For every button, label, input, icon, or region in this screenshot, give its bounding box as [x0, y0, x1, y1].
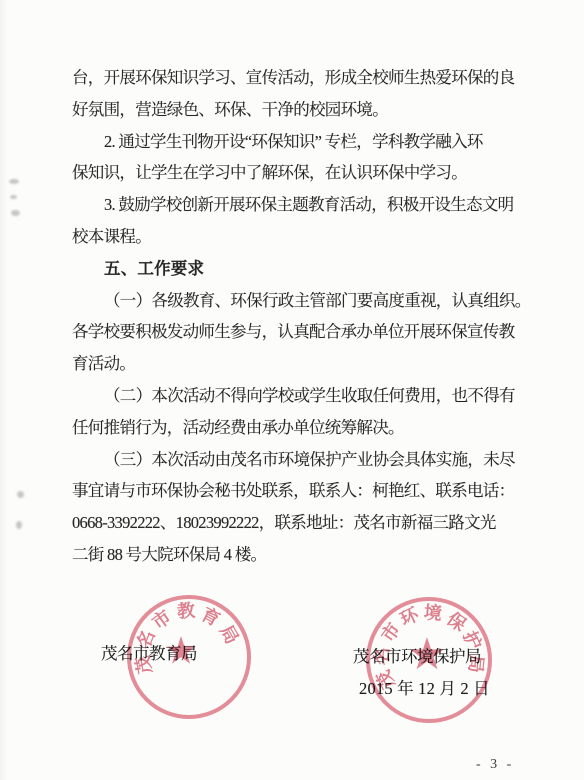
seal-arc-character: 市: [146, 603, 176, 635]
signature-education-bureau: 茂名市教育局: [101, 640, 197, 664]
scan-artifact: [10, 195, 17, 199]
body-text-line: 0668-3392222、18023992222，联系地址：茂名市新福三路文光: [72, 509, 534, 541]
body-text-line: （一）各级教育、环保行政主管部门要高度重视，认真组织。: [72, 287, 534, 319]
seal-arc-character: 境: [423, 598, 443, 625]
body-text-line: 3. 鼓励学校创新开展环保主题教育活动，积极开设生态文明: [72, 191, 534, 223]
body-text-line: 校本课程。: [72, 223, 534, 255]
seal-arc-character: 局: [214, 619, 246, 648]
body-text-line: 各学校要积极发动师生参与，认真配合承办单位开展环保宣传教: [72, 318, 534, 350]
body-text-line: 二街 88 号大院环保局 4 楼。: [72, 541, 534, 573]
scan-artifact: [11, 210, 20, 216]
seal-arc-character: 教: [176, 597, 196, 624]
body-text-line: 育活动。: [72, 350, 534, 382]
scan-artifact: [9, 179, 19, 184]
seal-arc-character: 环: [395, 601, 422, 632]
body-text-line: 台，开展环保知识学习、宣传活动，形成全校师生热爱环保的良: [72, 64, 534, 96]
page-number: - 3 -: [476, 757, 514, 773]
body-text-line: 2. 通过学生刊物开设“环保知识” 专栏，学科教学融入环: [72, 128, 534, 160]
body-text-line: 任何推销行为，活动经费由承办单位统筹解决。: [72, 414, 534, 446]
body-text-line: 五、工作要求: [72, 255, 534, 287]
body-text-line: （二）本次活动不得向学校或学生收取任何费用，也不得有: [72, 382, 534, 414]
scan-artifact: [16, 521, 22, 529]
scan-artifact: [17, 491, 24, 498]
signature-environmental-bureau: 茂名市环境保护局: [353, 643, 481, 667]
seal-arc-character: 保: [442, 605, 472, 637]
scanned-document-page: 台，开展环保知识学习、宣传活动，形成全校师生热爱环保的良好氛围，营造绿色、环保、…: [0, 0, 584, 780]
signature-date: 2015 年 12 月 2 日: [359, 675, 490, 699]
body-text-line: 保知识，让学生在学习中了解环保，在认识环保中学习。: [72, 159, 534, 191]
body-text-line: （三）本次活动由茂名市环境保护产业协会具体实施，未尽: [72, 446, 534, 478]
body-text-line: 好氛围，营造绿色、环保、干净的校园环境。: [72, 96, 534, 128]
body-text-line: 事宜请与市环保协会秘书处联系，联系人：柯艳红、联系电话：: [72, 477, 534, 509]
document-body: 台，开展环保知识学习、宣传活动，形成全校师生热爱环保的良好氛围，营造绿色、环保、…: [72, 64, 534, 573]
seal-arc-character: 育: [197, 600, 225, 631]
